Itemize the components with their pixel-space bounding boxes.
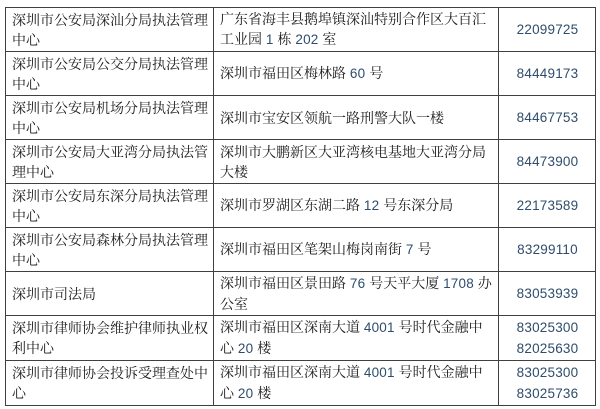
phone-number: 22099725	[505, 19, 590, 40]
organization-name-cell: 深圳市律师协会维护律师执业权利中心	[6, 316, 214, 361]
phone-number: 83025736	[505, 383, 590, 404]
table-row: 深圳市律师协会投诉受理查处中心 深圳市福田区深南大道 4001 号时代金融中心 …	[6, 361, 596, 406]
address-cell: 深圳市福田区梅林路 60 号	[214, 52, 499, 96]
table-row: 深圳市公安局深汕分局执法管理中心 广东省海丰县鹅埠镇深汕特别合作区大百汇工业园 …	[6, 8, 596, 52]
phone-number-cell: 8302530082025630	[499, 316, 596, 361]
number-text: 76	[350, 276, 365, 291]
number-text: 1708	[443, 276, 474, 291]
phone-number: 84449173	[505, 63, 590, 84]
number-text: 12	[364, 198, 379, 213]
table-row: 深圳市律师协会维护律师执业权利中心 深圳市福田区深南大道 4001 号时代金融中…	[6, 316, 596, 361]
number-text: 83025736	[517, 386, 579, 401]
number-text: 84467753	[517, 110, 579, 125]
number-text: 82025630	[517, 341, 579, 356]
address-cell: 广东省海丰县鹅埠镇深汕特别合作区大百汇工业园 1 栋 202 室	[214, 8, 499, 52]
table-row: 深圳市司法局 深圳市福田区景田路 76 号天平大厦 1708 办公室 83053…	[6, 272, 596, 316]
phone-number: 82025630	[505, 338, 590, 359]
phone-number-cell: 84473900	[499, 140, 596, 184]
phone-number-cell: 84467753	[499, 96, 596, 140]
number-text: 22099725	[517, 22, 579, 37]
phone-number: 84467753	[505, 107, 590, 128]
table-row: 深圳市公安局森林分局执法管理中心 深圳市福田区笔架山梅岗南街 7 号 83299…	[6, 228, 596, 272]
number-text: 84473900	[517, 154, 579, 169]
number-text: 83053939	[517, 286, 579, 301]
organization-name-cell: 深圳市公安局森林分局执法管理中心	[6, 228, 214, 272]
organization-name-cell: 深圳市律师协会投诉受理查处中心	[6, 361, 214, 406]
address-cell: 深圳市福田区深南大道 4001 号时代金融中心 20 楼	[214, 316, 499, 361]
phone-number-cell: 84449173	[499, 52, 596, 96]
number-text: 83299110	[517, 242, 578, 257]
organization-name-cell: 深圳市公安局公交分局执法管理中心	[6, 52, 214, 96]
table-row: 深圳市公安局公交分局执法管理中心 深圳市福田区梅林路 60 号 84449173	[6, 52, 596, 96]
number-text: 4001	[364, 365, 395, 380]
address-cell: 深圳市宝安区领航一路刑警大队一楼	[214, 96, 499, 140]
number-text: 1	[266, 32, 274, 47]
address-cell: 深圳市福田区景田路 76 号天平大厦 1708 办公室	[214, 272, 499, 316]
phone-number: 84473900	[505, 151, 590, 172]
phone-number: 83299110	[505, 239, 590, 260]
number-text: 20	[238, 386, 253, 401]
document-page: 深圳市公安局深汕分局执法管理中心 广东省海丰县鹅埠镇深汕特别合作区大百汇工业园 …	[0, 0, 600, 409]
organization-name-cell: 深圳市司法局	[6, 272, 214, 316]
phone-number: 22173589	[505, 195, 590, 216]
contact-table: 深圳市公安局深汕分局执法管理中心 广东省海丰县鹅埠镇深汕特别合作区大百汇工业园 …	[5, 7, 596, 406]
phone-number-cell: 83053939	[499, 272, 596, 316]
phone-number: 83025300	[505, 362, 590, 383]
number-text: 20	[238, 341, 253, 356]
number-text: 7	[406, 242, 414, 257]
phone-number-cell: 22099725	[499, 8, 596, 52]
organization-name-cell: 深圳市公安局深汕分局执法管理中心	[6, 8, 214, 52]
number-text: 202	[295, 32, 318, 47]
number-text: 60	[350, 66, 365, 81]
organization-name-cell: 深圳市公安局机场分局执法管理中心	[6, 96, 214, 140]
organization-name-cell: 深圳市公安局东深分局执法管理中心	[6, 184, 214, 228]
number-text: 84449173	[517, 66, 579, 81]
address-cell: 深圳市大鹏新区大亚湾核电基地大亚湾分局大楼	[214, 140, 499, 184]
number-text: 83025300	[517, 320, 579, 335]
address-cell: 深圳市罗湖区东湖二路 12 号东深分局	[214, 184, 499, 228]
number-text: 22173589	[517, 198, 579, 213]
table-row: 深圳市公安局东深分局执法管理中心 深圳市罗湖区东湖二路 12 号东深分局 221…	[6, 184, 596, 228]
address-cell: 深圳市福田区笔架山梅岗南街 7 号	[214, 228, 499, 272]
phone-number-cell: 22173589	[499, 184, 596, 228]
phone-number: 83025300	[505, 317, 590, 338]
phone-number: 83053939	[505, 283, 590, 304]
organization-name-cell: 深圳市公安局大亚湾分局执法管理中心	[6, 140, 214, 184]
phone-number-cell: 8302530083025736	[499, 361, 596, 406]
table-row: 深圳市公安局大亚湾分局执法管理中心 深圳市大鹏新区大亚湾核电基地大亚湾分局大楼 …	[6, 140, 596, 184]
number-text: 4001	[364, 320, 395, 335]
phone-number-cell: 83299110	[499, 228, 596, 272]
table-row: 深圳市公安局机场分局执法管理中心 深圳市宝安区领航一路刑警大队一楼 844677…	[6, 96, 596, 140]
number-text: 83025300	[517, 365, 579, 380]
address-cell: 深圳市福田区深南大道 4001 号时代金融中心 20 楼	[214, 361, 499, 406]
contact-table-body: 深圳市公安局深汕分局执法管理中心 广东省海丰县鹅埠镇深汕特别合作区大百汇工业园 …	[6, 8, 596, 406]
